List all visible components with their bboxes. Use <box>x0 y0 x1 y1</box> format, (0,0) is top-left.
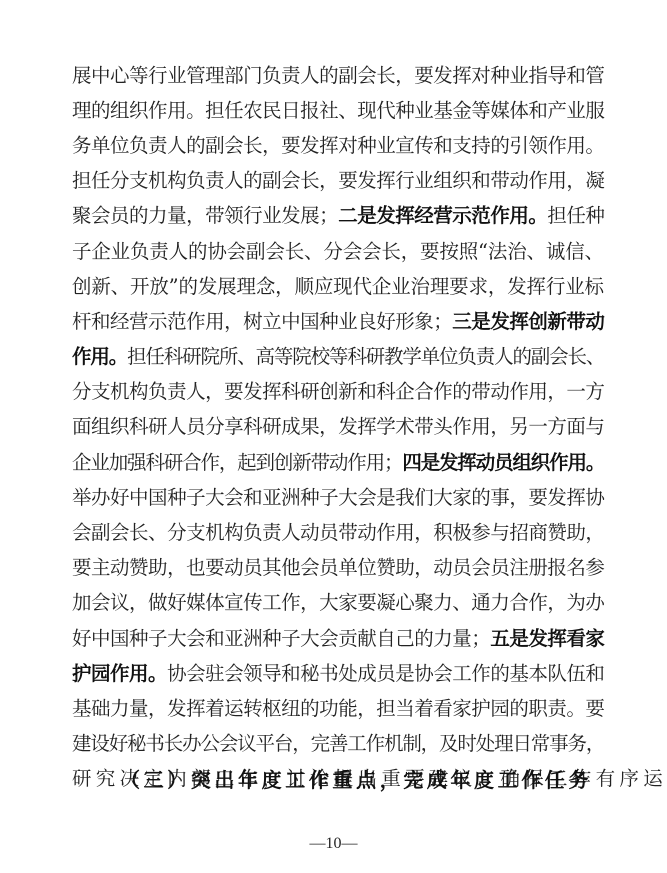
text-line: 企业加强科研合作，起到创新带动作用；四是发挥动员组织作用。 <box>72 445 612 480</box>
body-text-segment: 建设好秘书长办公会议平台，完善工作机制，及时处理日常事务， <box>72 730 604 758</box>
body-text-segment: 企业加强科研合作，起到创新带动作用； <box>72 449 402 477</box>
text-line: 护园作用。协会驻会领导和秘书处成员是协会工作的基本队伍和 <box>72 656 612 691</box>
body-text-segment: 要主动赞助，也要动员其他会员单位赞助，动员会员注册报名参 <box>72 554 604 582</box>
body-paragraph: 展中心等行业管理部门负责人的副会长，要发挥对种业指导和管理的组织作用。担任农民日… <box>72 58 612 797</box>
bold-emphasis-text: 五是发挥看家 <box>490 625 604 653</box>
text-line: 杆和经营示范作用，树立中国种业良好形象；三是发挥创新带动 <box>72 304 612 339</box>
body-text-segment: 分支机构负责人，要发挥科研创新和科企合作的带动作用，一方 <box>72 378 604 406</box>
body-text-segment: 务单位负责人的副会长，要发挥对种业宣传和支持的引领作用。 <box>72 132 604 160</box>
text-line: 分支机构负责人，要发挥科研创新和科企合作的带动作用，一方 <box>72 375 612 410</box>
text-line: 建设好秘书长办公会议平台，完善工作机制，及时处理日常事务， <box>72 727 612 762</box>
text-line: 要主动赞助，也要动员其他会员单位赞助，动员会员注册报名参 <box>72 551 612 586</box>
text-line: 创新、开放”的发展理念，顺应现代企业治理要求，发挥行业标 <box>72 269 612 304</box>
bold-emphasis-text: 二是发挥经营示范作用。 <box>338 202 547 230</box>
text-line: 务单位负责人的副会长，要发挥对种业宣传和支持的引领作用。 <box>72 128 612 163</box>
body-text-segment: 基础力量，发挥着运转枢纽的功能，担当着看家护园的职责。要 <box>72 695 604 723</box>
text-line: 好中国种子大会和亚洲种子大会贡献自己的力量；五是发挥看家 <box>72 621 612 656</box>
body-text-segment: 担任种 <box>547 202 604 230</box>
text-line: 担任分支机构负责人的副会长，要发挥行业组织和带动作用，凝 <box>72 164 612 199</box>
text-line: 聚会员的力量，带领行业发展；二是发挥经营示范作用。担任种 <box>72 199 612 234</box>
document-page: 展中心等行业管理部门负责人的副会长，要发挥对种业指导和管理的组织作用。担任农民日… <box>0 0 667 873</box>
body-text-segment: 举办好中国种子大会和亚洲种子大会是我们大家的事，要发挥协 <box>72 484 604 512</box>
body-text-segment: 杆和经营示范作用，树立中国种业良好形象； <box>72 308 452 336</box>
text-line: 加会议，做好媒体宣传工作，大家要凝心聚力、通力合作，为办 <box>72 586 612 621</box>
body-text-segment: 理的组织作用。担任农民日报社、现代种业基金等媒体和产业服 <box>72 97 604 125</box>
text-line: 作用。担任科研院所、高等院校等科研教学单位负责人的副会长、 <box>72 340 612 375</box>
text-line: 子企业负责人的协会副会长、分会会长，要按照“法治、诚信、 <box>72 234 612 269</box>
text-line: 基础力量，发挥着运转枢纽的功能，担当着看家护园的职责。要 <box>72 691 612 726</box>
body-text-segment: 展中心等行业管理部门负责人的副会长，要发挥对种业指导和管 <box>72 62 604 90</box>
section-heading: （三）突出年度工作重点，完成年度工作任务 <box>120 764 592 793</box>
body-text-segment: 会副会长、分支机构负责人动员带动作用，积极参与招商赞助， <box>72 519 604 547</box>
body-text-segment: 子企业负责人的协会副会长、分会会长，要按照“法治、诚信、 <box>72 238 604 266</box>
text-line: 理的组织作用。担任农民日报社、现代种业基金等媒体和产业服 <box>72 93 612 128</box>
text-line: 会副会长、分支机构负责人动员带动作用，积极参与招商赞助， <box>72 515 612 550</box>
body-text-segment: 创新、开放”的发展理念，顺应现代企业治理要求，发挥行业标 <box>72 273 604 301</box>
body-text-segment: 加会议，做好媒体宣传工作，大家要凝心聚力、通力合作，为办 <box>72 589 604 617</box>
text-line: 举办好中国种子大会和亚洲种子大会是我们大家的事，要发挥协 <box>72 480 612 515</box>
bold-emphasis-text: 四是发挥动员组织作用。 <box>402 449 604 477</box>
text-line: 面组织科研人员分享科研成果，发挥学术带头作用，另一方面与 <box>72 410 612 445</box>
body-text-segment: 好中国种子大会和亚洲种子大会贡献自己的力量； <box>72 625 490 653</box>
page-number: —10— <box>0 835 667 853</box>
body-text-segment: 面组织科研人员分享科研成果，发挥学术带头作用，另一方面与 <box>72 413 604 441</box>
body-text-segment: 协会驻会领导和秘书处成员是协会工作的基本队伍和 <box>167 660 604 688</box>
bold-emphasis-text: 护园作用。 <box>72 660 167 688</box>
bold-emphasis-text: 三是发挥创新带动 <box>452 308 604 336</box>
text-line: 展中心等行业管理部门负责人的副会长，要发挥对种业指导和管 <box>72 58 612 93</box>
body-text-segment: 担任分支机构负责人的副会长，要发挥行业组织和带动作用，凝 <box>72 167 604 195</box>
body-text-segment: 聚会员的力量，带领行业发展； <box>72 202 338 230</box>
bold-emphasis-text: 作用。 <box>72 343 127 371</box>
body-text-segment: 担任科研院所、高等院校等科研教学单位负责人的副会长、 <box>127 343 604 371</box>
